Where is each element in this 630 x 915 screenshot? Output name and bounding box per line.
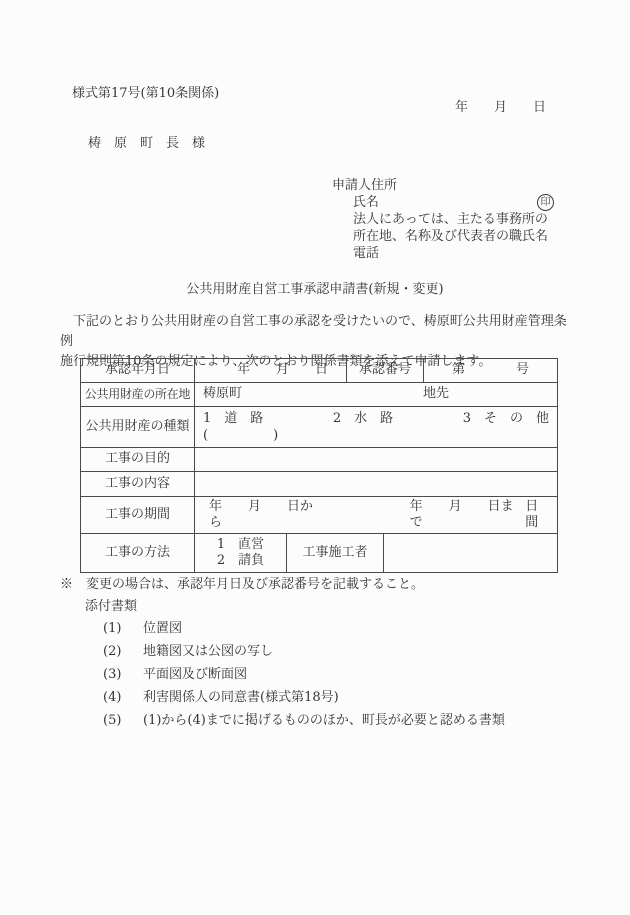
type-option-road: 1 道 路 [203, 410, 263, 427]
intro-line-1: 下記のとおり公共用財産の自営工事の承認を受けたいので、梼原町公共用財産管理条例 [60, 312, 575, 352]
attachment-item: (2) 地籍図又は公図の写し [60, 640, 505, 663]
attachment-item: (1) 位置図 [60, 617, 505, 640]
type-option-other: 3 そ の 他 [463, 410, 549, 427]
date-line: 年 月 日 [455, 100, 546, 116]
location-field: 梼原町 地先 [195, 383, 557, 406]
period-field: 年 月 日から 年 月 日まで 日間 [195, 497, 557, 533]
period-days: 日間 [525, 499, 551, 532]
document-title: 公共用財産自営工事承認申請書(新規・変更) [0, 282, 630, 298]
attachment-item-text: 利害関係人の同意書(様式第18号) [143, 686, 339, 709]
applicant-name-row: 氏名 印 [353, 194, 554, 211]
applicant-block: 申請人住所 氏名 印 法人にあっては、主たる事務所の 所在地、名称及び代表者の職… [332, 177, 554, 262]
approval-number-field: 第 号 [424, 359, 557, 382]
attachment-item: (3) 平面図及び断面図 [60, 663, 505, 686]
approval-date-label: 承認年月日 [81, 359, 195, 382]
type-other-paren: ( ) [203, 427, 549, 444]
attachment-item: (5) (1)から(4)までに掲げるもののほか、町長が必要と認める書類 [60, 709, 505, 732]
purpose-field [195, 448, 557, 471]
table-row-location: 公共用財産の所在地 梼原町 地先 [81, 383, 557, 407]
attachment-item-text: 平面図及び断面図 [143, 663, 247, 686]
table-row-period: 工事の期間 年 月 日から 年 月 日まで 日間 [81, 497, 557, 534]
type-label: 公共用財産の種類 [81, 407, 195, 447]
attachment-item-text: 地籍図又は公図の写し [143, 640, 273, 663]
attachment-item-number: (2) [103, 640, 143, 663]
document-page: 様式第17号(第10条関係) 年 月 日 梼 原 町 長 様 申請人住所 氏名 … [0, 0, 630, 915]
table-row-method: 工事の方法 1 直営 2 請負 工事施工者 [81, 534, 557, 572]
content-label: 工事の内容 [81, 472, 195, 496]
application-table: 承認年月日 年 月 日 承認番号 第 号 公共用財産の所在地 梼原町 地先 公共… [80, 358, 558, 573]
type-option-waterway: 2 水 路 [333, 410, 393, 427]
approval-number-prefix: 第 [452, 362, 465, 378]
attachments-section: 添付書類 (1) 位置図 (2) 地籍図又は公図の写し (3) 平面図及び断面図… [60, 597, 505, 732]
table-row-approval: 承認年月日 年 月 日 承認番号 第 号 [81, 359, 557, 383]
method-label: 工事の方法 [81, 534, 195, 572]
location-town: 梼原町 [203, 386, 242, 402]
method-options: 1 直営 2 請負 [217, 537, 264, 569]
type-field: 1 道 路 2 水 路 3 そ の 他 ( ) [195, 407, 557, 447]
approval-number-label: 承認番号 [347, 359, 424, 382]
attachment-item-text: 位置図 [143, 617, 182, 640]
location-suffix: 地先 [423, 386, 449, 402]
purpose-label: 工事の目的 [81, 448, 195, 471]
method-option-contract: 2 請負 [217, 553, 264, 569]
period-label: 工事の期間 [81, 497, 195, 533]
approval-number-suffix: 号 [516, 362, 529, 378]
table-row-content: 工事の内容 [81, 472, 557, 497]
attachment-item: (4) 利害関係人の同意書(様式第18号) [60, 686, 505, 709]
corporation-note-line2: 所在地、名称及び代表者の職氏名 [353, 228, 554, 245]
applicant-address-label: 申請人住所 [332, 177, 554, 194]
addressee: 梼 原 町 長 様 [88, 136, 205, 152]
period-to: 年 月 日まで [410, 499, 526, 532]
location-label: 公共用財産の所在地 [81, 383, 195, 406]
applicant-phone-label: 電話 [353, 245, 554, 262]
table-row-type: 公共用財産の種類 1 道 路 2 水 路 3 そ の 他 ( ) [81, 407, 557, 448]
type-options: 1 道 路 2 水 路 3 そ の 他 [203, 410, 549, 427]
content-field [195, 472, 557, 496]
attachment-item-number: (3) [103, 663, 143, 686]
contractor-field [384, 534, 557, 572]
corporation-note-line1: 法人にあっては、主たる事務所の [353, 211, 554, 228]
period-from: 年 月 日から [209, 499, 325, 532]
attachment-item-number: (5) [103, 709, 143, 732]
approval-date-field: 年 月 日 [195, 359, 347, 382]
form-number: 様式第17号(第10条関係) [72, 86, 219, 102]
attachment-item-number: (4) [103, 686, 143, 709]
attachments-heading: 添付書類 [85, 597, 505, 617]
applicant-name-label: 氏名 [353, 194, 379, 211]
method-option-direct: 1 直営 [217, 537, 264, 553]
attachment-item-text: (1)から(4)までに掲げるもののほか、町長が必要と認める書類 [143, 709, 505, 732]
method-field: 1 直営 2 請負 [195, 534, 287, 572]
attachment-item-number: (1) [103, 617, 143, 640]
contractor-label: 工事施工者 [287, 534, 384, 572]
table-row-purpose: 工事の目的 [81, 448, 557, 472]
change-note: ※ 変更の場合は、承認年月日及び承認番号を記載すること。 [60, 577, 424, 593]
seal-icon: 印 [537, 194, 554, 211]
